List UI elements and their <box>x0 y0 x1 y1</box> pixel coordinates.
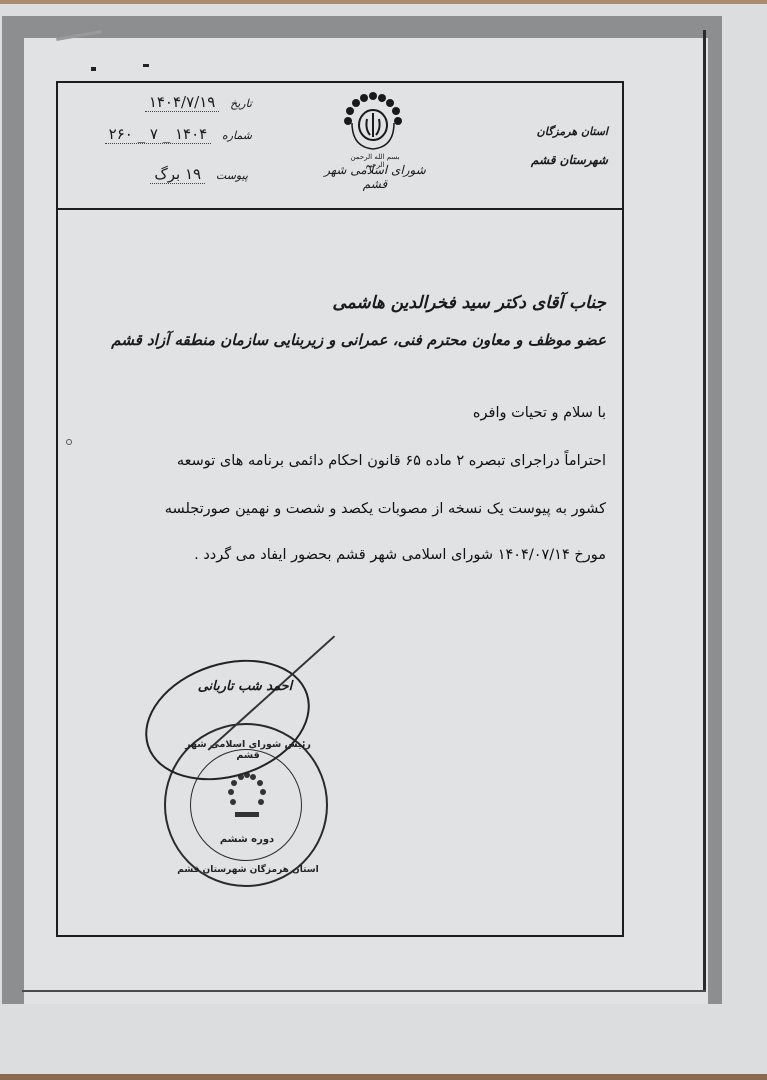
number-label: شماره <box>222 129 252 142</box>
signer-name: احمد شب تاربانی <box>190 679 300 694</box>
attachment-label: پیوست <box>216 169 248 182</box>
county-label: شهرستان قشم <box>508 153 608 167</box>
date-value: ۱۴۰۴/۷/۱۹ <box>145 93 220 112</box>
recipient-name: جناب آقای دکتر سید فخرالدین هاشمی <box>186 293 606 313</box>
number-field: شماره ۱۴۰۴ _ ۷ _ ۲۶۰ <box>72 125 252 143</box>
org-name: شورای اسلامی شهر قشم <box>320 163 430 191</box>
body-line-1: احتراماً دراجرای تبصره ۲ ماده ۶۵ قانون ا… <box>66 453 606 469</box>
paper-sheet: تاریخ ۱۴۰۴/۷/۱۹ شماره ۱۴۰۴ _ ۷ _ ۲۶۰ پیو… <box>0 4 767 1074</box>
body-line-3: مورخ ۱۴۰۴/۰۷/۱۴ شورای اسلامی شهر قشم بحض… <box>66 547 606 563</box>
number-value: ۱۴۰۴ _ ۷ _ ۲۶۰ <box>105 125 212 144</box>
mark-dot <box>91 67 96 71</box>
seal-bottom-text: استان هرمزگان شهرستان قشم <box>174 865 322 875</box>
date-label: تاریخ <box>230 97 252 110</box>
iran-emblem-icon <box>338 91 408 151</box>
seal-emblem-icon <box>225 772 269 824</box>
punch-mark <box>66 439 72 445</box>
letter-frame: تاریخ ۱۴۰۴/۷/۱۹ شماره ۱۴۰۴ _ ۷ _ ۲۶۰ پیو… <box>56 81 624 937</box>
province-label: استان هرمزگان <box>508 125 608 138</box>
mark-dot <box>143 64 149 67</box>
attachment-field: پیوست ۱۹ برگ <box>118 165 248 183</box>
date-field: تاریخ ۱۴۰۴/۷/۱۹ <box>72 93 252 111</box>
body-line-2: کشور به پیوست یک نسخه از مصوبات یکصد و ش… <box>66 501 606 517</box>
attachment-value: ۱۹ برگ <box>150 165 205 184</box>
page-edge-line <box>703 30 706 990</box>
header-divider <box>58 208 622 210</box>
seal-term-text: دوره ششم <box>219 834 275 845</box>
page-edge-line <box>22 990 706 992</box>
table-surface-bottom <box>0 1074 767 1080</box>
salutation: با سلام و تحیات وافره <box>206 405 606 421</box>
recipient-title: عضو موظف و معاون محترم فنی، عمرانی و زیر… <box>46 331 606 349</box>
